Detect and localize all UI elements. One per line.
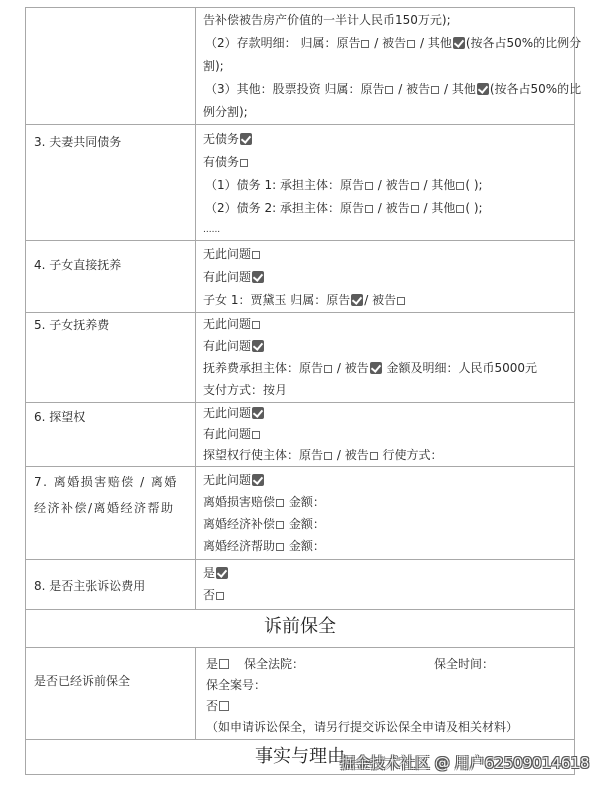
checkbox-no[interactable] [219, 701, 229, 711]
checkbox-has-issue-checked[interactable] [252, 340, 264, 352]
visitation-label: 6. 探望权 [34, 406, 195, 429]
method-label: 行使方式： [379, 448, 443, 462]
checkbox-plaintiff[interactable] [324, 452, 332, 460]
damage-compensation-option: 离婚损害赔偿 金额： [203, 491, 570, 513]
checkbox-no-debt-checked[interactable] [240, 133, 252, 145]
checkbox-defendant[interactable] [397, 297, 405, 305]
checkbox-other[interactable] [456, 205, 464, 213]
defendant-label: / 被告 [364, 293, 396, 307]
other-detail: ( ); [465, 178, 482, 192]
checkbox-no-issue-checked[interactable] [252, 407, 264, 419]
defendant-label: / 被告 [333, 448, 369, 462]
child-1-line: 子女 1：贾黛玉 归属：原告/ 被告 [203, 289, 570, 312]
debt-2-line: （2）债务 2: 承担主体：原告 / 被告 / 其他( ); [203, 197, 570, 220]
content-cell: 是 否 [196, 560, 575, 610]
preservation-section-title: 诉前保全 [26, 610, 574, 644]
row-joint-debt: 3. 夫妻共同债务 无债务 有债务 （1）债务 1: 承担主体：原告 / 被告 … [26, 125, 575, 241]
has-issue-option: 有此问题 [203, 335, 570, 357]
economic-help-label: 离婚经济帮助 [203, 539, 275, 553]
yes-option: 是 [203, 562, 570, 584]
checkbox-other-checked[interactable] [453, 37, 465, 49]
other-assets-label: （3）其他：股票投资 归属：原告 [205, 82, 384, 96]
no-option: 否 [203, 584, 570, 606]
row-visitation: 6. 探望权 无此问题 有此问题 探望权行使主体：原告 / 被告 行使方式： [26, 403, 575, 467]
checkbox-no-issue-checked[interactable] [252, 474, 264, 486]
has-issue-option: 有此问题 [203, 266, 570, 289]
checkbox-defendant[interactable] [407, 40, 415, 48]
label-cell: 3. 夫妻共同债务 [26, 125, 196, 241]
content-cell: 告补偿被告房产价值的一半计人民币150万元); （2）存款明细： 归属：原告 /… [196, 8, 575, 125]
checkbox-defendant-checked[interactable] [370, 362, 382, 374]
property-compensation-text: 告补偿被告房产价值的一半计人民币150万元); [203, 9, 570, 32]
checkbox-defendant[interactable] [370, 452, 378, 460]
defendant-label: / 被告 [394, 82, 430, 96]
other-detail: ( ); [465, 201, 482, 215]
visitation-subject-line: 探望权行使主体：原告 / 被告 行使方式： [203, 445, 570, 466]
watermark: 掘金技术社区 @ 用户6250901461​8 [340, 752, 590, 773]
checkbox-no[interactable] [216, 592, 224, 600]
damage-label: 离婚损害赔偿 [203, 495, 275, 509]
subject-label: 探望权行使主体：原告 [203, 448, 323, 462]
checkbox-plaintiff-checked[interactable] [351, 294, 363, 306]
content-cell: 无此问题 离婚损害赔偿 金额： 离婚经济补偿 金额： 离婚经济帮助 金额： [196, 467, 575, 560]
deposit-label: （2）存款明细： 归属：原告 [205, 36, 360, 50]
section-title-cell: 诉前保全 [26, 610, 575, 648]
preservation-label: 是否已经诉前保全 [34, 670, 195, 693]
economic-help-option: 离婚经济帮助 金额： [203, 535, 570, 557]
row-child-support: 5. 子女抚养费 无此问题 有此问题 抚养费承担主体：原告 / 被告 金额及明细… [26, 313, 575, 403]
economic-compensation-option: 离婚经济补偿 金额： [203, 513, 570, 535]
checkbox-has-issue[interactable] [252, 431, 260, 439]
complaint-form: 告补偿被告房产价值的一半计人民币150万元); （2）存款明细： 归属：原告 /… [25, 7, 575, 775]
checkbox-yes[interactable] [219, 659, 229, 669]
compensation-label: 7. 离婚损害赔偿 / 离婚经济补偿/离婚经济帮助 [34, 469, 191, 521]
child-support-label: 5. 子女抚养费 [34, 314, 195, 337]
time-label: 保全时间： [434, 657, 494, 671]
checkbox-economic-help[interactable] [276, 543, 284, 551]
checkbox-plaintiff[interactable] [324, 365, 332, 373]
checkbox-has-issue-checked[interactable] [252, 271, 264, 283]
payer-label: 抚养费承担主体：原告 [203, 361, 323, 375]
checkbox-other-checked[interactable] [477, 83, 489, 95]
checkbox-no-issue[interactable] [252, 321, 260, 329]
checkbox-plaintiff[interactable] [365, 182, 373, 190]
joint-debt-label: 3. 夫妻共同债务 [34, 131, 195, 154]
other-label: / 其他 [416, 36, 452, 50]
yes-label: 是 [206, 657, 218, 671]
child-custody-label: 4. 子女直接抚养 [34, 254, 195, 277]
preservation-yes-line: 是保全法院：保全时间： [206, 654, 570, 675]
amount-detail: 金额及明细：人民币5000元 [383, 361, 537, 375]
amount-label: 金额： [285, 539, 325, 553]
checkbox-defendant[interactable] [431, 86, 439, 94]
checkbox-plaintiff[interactable] [361, 40, 369, 48]
amount-label: 金额： [285, 495, 325, 509]
no-issue-label: 无此问题 [203, 406, 251, 420]
label-cell: 6. 探望权 [26, 403, 196, 467]
other-label: / 其他 [420, 178, 456, 192]
no-label: 否 [203, 588, 215, 602]
checkbox-plaintiff[interactable] [365, 205, 373, 213]
no-issue-label: 无此问题 [203, 247, 251, 261]
defendant-label: / 被告 [333, 361, 369, 375]
has-debt-label: 有债务 [203, 155, 239, 169]
no-issue-option: 无此问题 [203, 403, 570, 424]
other-label: / 其他 [440, 82, 476, 96]
split-note: (按各占50%的比例分 [466, 36, 581, 50]
has-issue-option: 有此问题 [203, 424, 570, 445]
preservation-no-line: 否 [206, 696, 570, 717]
debt-1-line: （1）债务 1: 承担主体：原告 / 被告 / 其他( ); [203, 174, 570, 197]
row-property-continued: 告补偿被告房产价值的一半计人民币150万元); （2）存款明细： 归属：原告 /… [26, 8, 575, 125]
other-assets-line: （3）其他：股票投资 归属：原告 / 被告 / 其他(按各占50%的比 [203, 78, 570, 101]
label-cell-empty [26, 8, 196, 125]
no-issue-option: 无此问题 [203, 243, 570, 266]
checkbox-no-issue[interactable] [252, 251, 260, 259]
row-divorce-compensation: 7. 离婚损害赔偿 / 离婚经济补偿/离婚经济帮助 无此问题 离婚损害赔偿 金额… [26, 467, 575, 560]
checkbox-plaintiff[interactable] [385, 86, 393, 94]
content-cell: 无债务 有债务 （1）债务 1: 承担主体：原告 / 被告 / 其他( ); （… [196, 125, 575, 241]
checkbox-defendant[interactable] [411, 205, 419, 213]
debt-2-label: （2）债务 2: 承担主体：原告 [205, 201, 364, 215]
has-issue-label: 有此问题 [203, 427, 251, 441]
label-cell: 5. 子女抚养费 [26, 313, 196, 403]
no-issue-label: 无此问题 [203, 473, 251, 487]
defendant-label: / 被告 [370, 36, 406, 50]
case-number-line: 保全案号： [206, 675, 570, 696]
yes-label: 是 [203, 566, 215, 580]
checkbox-has-debt[interactable] [240, 159, 248, 167]
preservation-note: （如申请诉讼保全，请另行提交诉讼保全申请及相关材料） [206, 717, 570, 738]
payer-line: 抚养费承担主体：原告 / 被告 金额及明细：人民币5000元 [203, 357, 570, 379]
content-cell: 是保全法院：保全时间： 保全案号： 否 （如申请诉讼保全，请另行提交诉讼保全申请… [196, 648, 575, 740]
no-debt-label: 无债务 [203, 132, 239, 146]
label-cell: 是否已经诉前保全 [26, 648, 196, 740]
payment-method: 支付方式：按月 [203, 379, 570, 401]
has-issue-label: 有此问题 [203, 339, 251, 353]
label-cell: 7. 离婚损害赔偿 / 离婚经济补偿/离婚经济帮助 [26, 467, 196, 560]
no-issue-option: 无此问题 [203, 313, 570, 335]
no-issue-label: 无此问题 [203, 317, 251, 331]
other-label: / 其他 [420, 201, 456, 215]
checkbox-damage[interactable] [276, 499, 284, 507]
no-debt-option: 无债务 [203, 128, 570, 151]
deposit-line: （2）存款明细： 归属：原告 / 被告 / 其他(按各占50%的比例分 [203, 32, 570, 55]
row-preservation: 是否已经诉前保全 是保全法院：保全时间： 保全案号： 否 （如申请诉讼保全，请另… [26, 648, 575, 740]
debt-1-label: （1）债务 1: 承担主体：原告 [205, 178, 364, 192]
has-debt-option: 有债务 [203, 151, 570, 174]
split-note: (按各占50%的比 [490, 82, 581, 96]
row-litigation-fee: 8. 是否主张诉讼费用 是 否 [26, 560, 575, 610]
label-cell: 8. 是否主张诉讼费用 [26, 560, 196, 610]
content-cell: 无此问题 有此问题 探望权行使主体：原告 / 被告 行使方式： [196, 403, 575, 467]
checkbox-other[interactable] [456, 182, 464, 190]
other-assets-line-cont: 例分割); [203, 101, 570, 124]
content-cell: 无此问题 有此问题 抚养费承担主体：原告 / 被告 金额及明细：人民币5000元… [196, 313, 575, 403]
row-child-custody: 4. 子女直接抚养 无此问题 有此问题 子女 1：贾黛玉 归属：原告/ 被告 [26, 241, 575, 313]
economic-comp-label: 离婚经济补偿 [203, 517, 275, 531]
deposit-line-cont: 割); [203, 55, 570, 78]
form-table: 告补偿被告房产价值的一半计人民币150万元); （2）存款明细： 归属：原告 /… [25, 7, 575, 775]
checkbox-yes-checked[interactable] [216, 567, 228, 579]
no-label: 否 [206, 699, 218, 713]
court-label: 保全法院： [244, 657, 304, 671]
label-cell: 4. 子女直接抚养 [26, 241, 196, 313]
content-cell: 无此问题 有此问题 子女 1：贾黛玉 归属：原告/ 被告 [196, 241, 575, 313]
checkbox-defendant[interactable] [411, 182, 419, 190]
checkbox-economic-comp[interactable] [276, 521, 284, 529]
defendant-label: / 被告 [374, 201, 410, 215]
litigation-fee-label: 8. 是否主张诉讼费用 [34, 575, 195, 598]
no-issue-option: 无此问题 [203, 469, 570, 491]
ellipsis: ...... [203, 220, 570, 240]
defendant-label: / 被告 [374, 178, 410, 192]
child-1-label: 子女 1：贾黛玉 归属：原告 [203, 293, 350, 307]
row-preservation-title: 诉前保全 [26, 610, 575, 648]
has-issue-label: 有此问题 [203, 270, 251, 284]
amount-label: 金额： [285, 517, 325, 531]
